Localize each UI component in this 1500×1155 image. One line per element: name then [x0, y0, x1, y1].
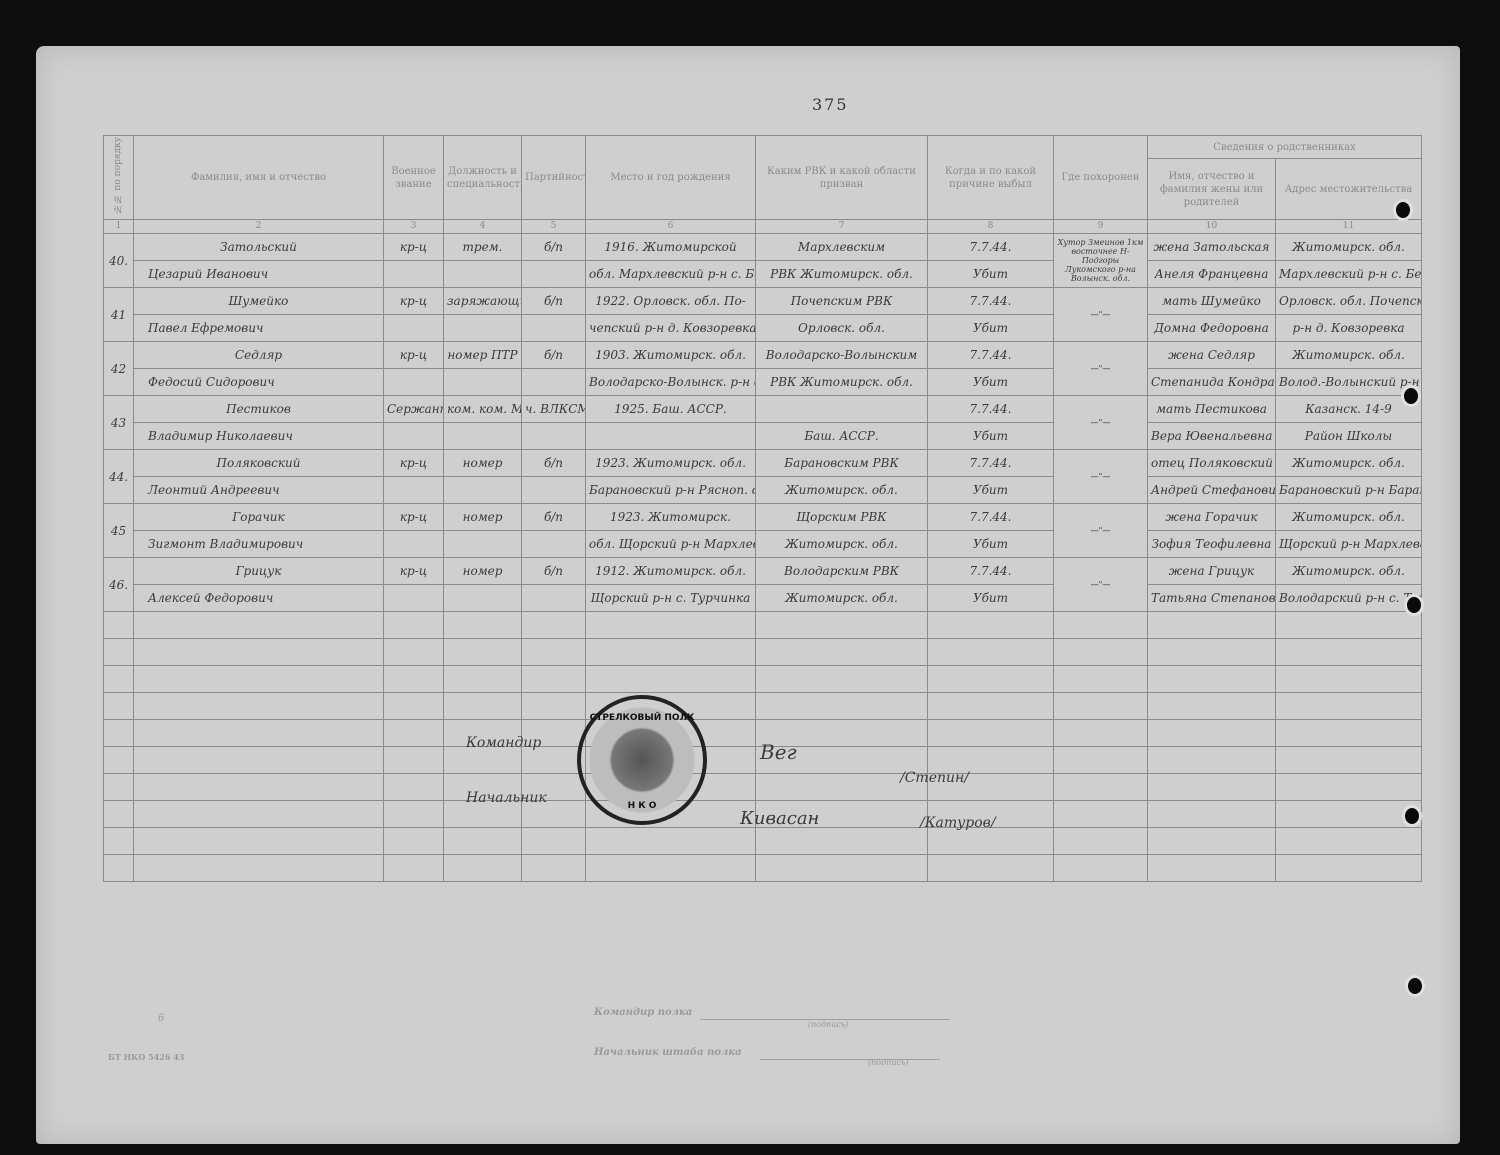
date: 7.7.44. [928, 288, 1054, 315]
col-num-2: 2 [134, 220, 384, 234]
chief-name: /Катуров/ [920, 815, 996, 831]
empty-cell [1054, 639, 1148, 666]
empty-cell [756, 855, 928, 882]
birth-line-1: 1912. Житомирск. обл. [586, 558, 756, 585]
name-patronymic: Зигмонт Владимирович [134, 531, 384, 558]
empty-cell [104, 801, 134, 828]
rank: Сержант [384, 396, 444, 423]
row-number: 40. [104, 234, 134, 288]
birth-line-1: 1903. Житомирск. обл. [586, 342, 756, 369]
footer-chief-line [760, 1059, 940, 1060]
col-num-9: 9 [1054, 220, 1148, 234]
empty-cell [104, 747, 134, 774]
header-position: Должность и специальность [444, 136, 522, 220]
empty-cell [1276, 612, 1422, 639]
chief-signature: Кивасан [740, 808, 819, 829]
position: номер ПТР [444, 342, 522, 369]
position-cont [444, 585, 522, 612]
relative-line-2: Вера Ювенальевна [1148, 423, 1276, 450]
empty-cell [134, 747, 384, 774]
burial: —"— [1054, 504, 1148, 558]
address-line-2: Мархлевский р-н с. Бехи [1276, 261, 1422, 288]
page-mark: 375 [812, 95, 849, 114]
table-row: 46.Грицуккр-цномерб/п1912. Житомирск. об… [104, 558, 1422, 585]
name-patronymic: Павел Ефремович [134, 315, 384, 342]
empty-cell [1276, 828, 1422, 855]
relative-line-1: жена Седляр [1148, 342, 1276, 369]
surname: Шумейко [134, 288, 384, 315]
empty-cell [1054, 693, 1148, 720]
empty-cell [104, 828, 134, 855]
name-patronymic: Федосий Сидорович [134, 369, 384, 396]
empty-cell [1276, 747, 1422, 774]
position-cont [444, 423, 522, 450]
footer-hint-2: (подпись) [868, 1058, 908, 1067]
empty-cell [1148, 801, 1276, 828]
table-row: 41Шумейкокр-цзаряжающийб/п1922. Орловск.… [104, 288, 1422, 315]
address-line-1: Житомирск. обл. [1276, 504, 1422, 531]
col-num-8: 8 [928, 220, 1054, 234]
empty-cell [1054, 720, 1148, 747]
empty-cell [1276, 774, 1422, 801]
rvk-line-2: РВК Житомирск. обл. [756, 261, 928, 288]
position: ком. ком. МВ. [444, 396, 522, 423]
empty-cell [756, 666, 928, 693]
date: 7.7.44. [928, 234, 1054, 261]
empty-row [104, 612, 1422, 639]
empty-cell [586, 828, 756, 855]
header-birth: Место и год рождения [586, 136, 756, 220]
rank-cont [384, 315, 444, 342]
empty-cell [384, 720, 444, 747]
relative-line-1: жена Затольская [1148, 234, 1276, 261]
empty-cell [1276, 693, 1422, 720]
party: б/п [522, 450, 586, 477]
empty-cell [1148, 693, 1276, 720]
empty-cell [134, 828, 384, 855]
position: номер [444, 504, 522, 531]
empty-cell [384, 747, 444, 774]
address-line-2: р-н д. Ковзоревка [1276, 315, 1422, 342]
empty-cell [928, 720, 1054, 747]
date: 7.7.44. [928, 342, 1054, 369]
row-number: 46. [104, 558, 134, 612]
birth-line-1: 1916. Житомирской [586, 234, 756, 261]
party-cont [522, 261, 586, 288]
punch-hole [1404, 388, 1418, 404]
empty-cell [134, 855, 384, 882]
empty-cell [384, 828, 444, 855]
rank: кр-ц [384, 450, 444, 477]
empty-cell [756, 828, 928, 855]
address-line-1: Житомирск. обл. [1276, 558, 1422, 585]
empty-cell [1054, 612, 1148, 639]
header-when-why: Когда и по какой причине выбыл [928, 136, 1054, 220]
empty-cell [1054, 747, 1148, 774]
party-cont [522, 477, 586, 504]
rvk-line-1: Щорским РВК [756, 504, 928, 531]
empty-cell [1276, 639, 1422, 666]
commander-name: /Степин/ [900, 770, 969, 786]
address-line-2: Барановский р-н Барановский с/с [1276, 477, 1422, 504]
table-row: 40.Затольскийкр-цтрем.б/п1916. Житомирск… [104, 234, 1422, 261]
footer-commander-label: Командир полка [594, 1007, 692, 1018]
chief-label: Начальник [466, 790, 547, 806]
party-cont [522, 585, 586, 612]
header-relatives-group: Сведения о родственниках [1148, 136, 1422, 159]
empty-cell [1054, 774, 1148, 801]
empty-cell [384, 666, 444, 693]
table-row-continuation: Алексей ФедоровичЩорский р-н с. Турчинка… [104, 585, 1422, 612]
relative-line-2: Степанида Кондратьевна [1148, 369, 1276, 396]
row-number: 44. [104, 450, 134, 504]
col-num-5: 5 [522, 220, 586, 234]
rvk-line-1: Володарским РВК [756, 558, 928, 585]
header-rvk: Каким РВК и какой области призван [756, 136, 928, 220]
name-patronymic: Цезарий Иванович [134, 261, 384, 288]
relative-line-2: Татьяна Степановна [1148, 585, 1276, 612]
empty-cell [134, 693, 384, 720]
col-num-3: 3 [384, 220, 444, 234]
empty-cell [134, 612, 384, 639]
empty-cell [522, 855, 586, 882]
address-line-2: Волод.-Волынский р-н с. Рожина [1276, 369, 1422, 396]
empty-cell [1054, 801, 1148, 828]
rvk-line-1: Барановским РВК [756, 450, 928, 477]
empty-cell [134, 801, 384, 828]
row-number: 42 [104, 342, 134, 396]
empty-cell [756, 693, 928, 720]
empty-cell [928, 855, 1054, 882]
empty-cell [1148, 612, 1276, 639]
empty-cell [384, 774, 444, 801]
empty-cell [928, 666, 1054, 693]
empty-cell [444, 639, 522, 666]
empty-cell [756, 612, 928, 639]
row-number: 43 [104, 396, 134, 450]
empty-cell [522, 828, 586, 855]
rank-cont [384, 477, 444, 504]
relative-line-2: Андрей Стефанович [1148, 477, 1276, 504]
address-line-1: Житомирск. обл. [1276, 234, 1422, 261]
birth-line-2: чепский р-н д. Ковзоревка [586, 315, 756, 342]
empty-cell [1148, 828, 1276, 855]
reason: Убит [928, 315, 1054, 342]
empty-cell [1276, 720, 1422, 747]
address-line-2: Район Школы [1276, 423, 1422, 450]
empty-cell [444, 693, 522, 720]
empty-cell [586, 639, 756, 666]
regiment-stamp: СТРЕЛКОВЫЙ ПОЛК Н К О [577, 695, 707, 825]
party: б/п [522, 504, 586, 531]
position-cont [444, 315, 522, 342]
party: ч. ВЛКСМ [522, 396, 586, 423]
col-num-1: 1 [104, 220, 134, 234]
rvk-line-1: Володарско-Волынским [756, 342, 928, 369]
col-num-6: 6 [586, 220, 756, 234]
empty-cell [104, 612, 134, 639]
party: б/п [522, 558, 586, 585]
reason: Убит [928, 423, 1054, 450]
table-row: 42Седляркр-цномер ПТРб/п1903. Житомирск.… [104, 342, 1422, 369]
empty-cell [134, 666, 384, 693]
punch-hole [1396, 202, 1410, 218]
relative-line-2: Зофия Теофилевна [1148, 531, 1276, 558]
empty-cell [1148, 639, 1276, 666]
table-row-continuation: Цезарий Ивановичобл. Мархлевский р-н с. … [104, 261, 1422, 288]
empty-cell [1054, 666, 1148, 693]
empty-cell [586, 666, 756, 693]
empty-cell [384, 612, 444, 639]
empty-cell [104, 666, 134, 693]
table-row-continuation: Павел Ефремовиччепский р-н д. Ковзоревка… [104, 315, 1422, 342]
header-burial: Где похоронен [1054, 136, 1148, 220]
table-row-continuation: Федосий СидоровичВолодарско-Волынск. р-н… [104, 369, 1422, 396]
corner-mark: 6 [158, 1013, 164, 1024]
date: 7.7.44. [928, 558, 1054, 585]
name-patronymic: Владимир Николаевич [134, 423, 384, 450]
rank: кр-ц [384, 234, 444, 261]
empty-cell [1054, 828, 1148, 855]
party: б/п [522, 234, 586, 261]
birth-line-2 [586, 423, 756, 450]
party: б/п [522, 288, 586, 315]
punch-hole [1408, 978, 1422, 994]
burial: —"— [1054, 450, 1148, 504]
rank: кр-ц [384, 342, 444, 369]
reason: Убит [928, 261, 1054, 288]
rank-cont [384, 261, 444, 288]
empty-cell [104, 720, 134, 747]
empty-cell [384, 855, 444, 882]
commander-signature: Вег [760, 740, 797, 764]
header-relative-name: Имя, отчество и фамилия жены или родител… [1148, 159, 1276, 220]
position-cont [444, 531, 522, 558]
empty-cell [444, 666, 522, 693]
relative-line-1: жена Грицук [1148, 558, 1276, 585]
party: б/п [522, 342, 586, 369]
col-num-10: 10 [1148, 220, 1276, 234]
rank: кр-ц [384, 558, 444, 585]
empty-cell [1276, 855, 1422, 882]
row-number: 41 [104, 288, 134, 342]
rvk-line-1 [756, 396, 928, 423]
reason: Убит [928, 585, 1054, 612]
position-cont [444, 369, 522, 396]
col-num-11: 11 [1276, 220, 1422, 234]
position-cont [444, 477, 522, 504]
empty-cell [1148, 666, 1276, 693]
rank-cont [384, 423, 444, 450]
empty-cell [1148, 774, 1276, 801]
empty-cell [1148, 720, 1276, 747]
empty-cell [104, 639, 134, 666]
position-cont [444, 261, 522, 288]
empty-cell [756, 639, 928, 666]
birth-line-2: обл. Щорский р-н Мархлевский с/с [586, 531, 756, 558]
header-number: №№ по порядку [104, 136, 134, 220]
empty-cell [928, 693, 1054, 720]
birth-line-1: 1923. Житомирск. обл. [586, 450, 756, 477]
empty-cell [928, 639, 1054, 666]
empty-row [104, 639, 1422, 666]
surname: Горачик [134, 504, 384, 531]
burial: Хутор Змеинов 1км восточнее Н-Подгоры Лу… [1054, 234, 1148, 288]
position: трем. [444, 234, 522, 261]
rvk-line-2: РВК Житомирск. обл. [756, 369, 928, 396]
birth-line-2: Барановский р-н Рясноп. с/с [586, 477, 756, 504]
empty-cell [134, 639, 384, 666]
empty-cell [1276, 801, 1422, 828]
rvk-line-2: Орловск. обл. [756, 315, 928, 342]
empty-row [104, 828, 1422, 855]
col-num-4: 4 [444, 220, 522, 234]
rvk-line-2: Житомирск. обл. [756, 585, 928, 612]
header-party: Партийность [522, 136, 586, 220]
empty-cell [928, 828, 1054, 855]
empty-cell [1148, 747, 1276, 774]
commander-label: Командир [466, 735, 541, 751]
header-name: Фамилия, имя и отчество [134, 136, 384, 220]
empty-cell [1276, 666, 1422, 693]
rvk-line-1: Почепским РВК [756, 288, 928, 315]
reason: Убит [928, 369, 1054, 396]
empty-cell [384, 693, 444, 720]
party-cont [522, 531, 586, 558]
position: номер [444, 558, 522, 585]
party-cont [522, 315, 586, 342]
empty-cell [384, 639, 444, 666]
surname: Пестиков [134, 396, 384, 423]
address-line-1: Житомирск. обл. [1276, 450, 1422, 477]
rank: кр-ц [384, 504, 444, 531]
rank: кр-ц [384, 288, 444, 315]
empty-cell [1148, 855, 1276, 882]
punch-hole [1407, 597, 1421, 613]
rank-cont [384, 531, 444, 558]
header-rank: Военное звание [384, 136, 444, 220]
empty-cell [522, 693, 586, 720]
reason: Убит [928, 477, 1054, 504]
name-patronymic: Алексей Федорович [134, 585, 384, 612]
rvk-line-2: Житомирск. обл. [756, 477, 928, 504]
birth-line-2: обл. Мархлевский р-н с. Бехи [586, 261, 756, 288]
address-line-1: Житомирск. обл. [1276, 342, 1422, 369]
col-num-7: 7 [756, 220, 928, 234]
surname: Поляковский [134, 450, 384, 477]
party-cont [522, 423, 586, 450]
birth-line-1: 1923. Житомирск. [586, 504, 756, 531]
rvk-line-2: Житомирск. обл. [756, 531, 928, 558]
relative-line-1: отец Поляковский [1148, 450, 1276, 477]
empty-cell [586, 612, 756, 639]
birth-line-2: Щорский р-н с. Турчинка [586, 585, 756, 612]
date: 7.7.44. [928, 504, 1054, 531]
burial: —"— [1054, 558, 1148, 612]
rvk-line-1: Мархлевским [756, 234, 928, 261]
empty-cell [586, 855, 756, 882]
empty-cell [522, 639, 586, 666]
table-row: 43ПестиковСержантком. ком. МВ.ч. ВЛКСМ19… [104, 396, 1422, 423]
empty-cell [444, 612, 522, 639]
position: заряжающий [444, 288, 522, 315]
name-patronymic: Леонтий Андреевич [134, 477, 384, 504]
table-row: 45Горачиккр-цномерб/п1923. Житомирск.Щор… [104, 504, 1422, 531]
empty-cell [444, 828, 522, 855]
empty-row [104, 693, 1422, 720]
empty-cell [104, 855, 134, 882]
empty-cell [928, 612, 1054, 639]
table-row-continuation: Зигмонт Владимировичобл. Щорский р-н Мар… [104, 531, 1422, 558]
punch-hole [1405, 808, 1419, 824]
surname: Седляр [134, 342, 384, 369]
address-line-1: Казанск. 14-9 [1276, 396, 1422, 423]
row-number: 45 [104, 504, 134, 558]
birth-line-1: 1925. Баш. АССР. [586, 396, 756, 423]
burial: —"— [1054, 288, 1148, 342]
footer-chief-label: Начальник штаба полка [594, 1047, 742, 1058]
empty-row [104, 774, 1422, 801]
rvk-line-2: Баш. АССР. [756, 423, 928, 450]
empty-row [104, 855, 1422, 882]
burial: —"— [1054, 396, 1148, 450]
address-line-2: Щорский р-н Мархлевский с/с [1276, 531, 1422, 558]
empty-cell [522, 612, 586, 639]
date: 7.7.44. [928, 396, 1054, 423]
relative-line-1: мать Шумейко [1148, 288, 1276, 315]
footer-hint-1: (подпись) [808, 1020, 848, 1029]
table-row: 44.Поляковскийкр-цномерб/п1923. Житомирс… [104, 450, 1422, 477]
empty-cell [104, 774, 134, 801]
empty-cell [1054, 855, 1148, 882]
birth-line-2: Володарско-Волынск. р-н с. Рожина [586, 369, 756, 396]
table-row-continuation: Владимир НиколаевичБаш. АССР.УбитВера Юв… [104, 423, 1422, 450]
form-code: БТ НКО 5426 43 [108, 1052, 184, 1062]
empty-cell [384, 801, 444, 828]
address-line-2: Володарский р-н с. Турчинка [1276, 585, 1422, 612]
empty-cell [522, 666, 586, 693]
empty-cell [444, 855, 522, 882]
table-body: 40.Затольскийкр-цтрем.б/п1916. Житомирск… [104, 234, 1422, 882]
address-line-1: Орловск. обл. Почепский [1276, 288, 1422, 315]
reason: Убит [928, 531, 1054, 558]
empty-cell [104, 693, 134, 720]
date: 7.7.44. [928, 450, 1054, 477]
relative-line-1: жена Горачик [1148, 504, 1276, 531]
table-row-continuation: Леонтий АндреевичБарановский р-н Рясноп.… [104, 477, 1422, 504]
surname: Затольский [134, 234, 384, 261]
birth-line-1: 1922. Орловск. обл. По- [586, 288, 756, 315]
empty-cell [134, 774, 384, 801]
rank-cont [384, 585, 444, 612]
burial: —"— [1054, 342, 1148, 396]
casualty-table: №№ по порядку Фамилия, имя и отчество Во… [103, 135, 1422, 882]
position: номер [444, 450, 522, 477]
party-cont [522, 369, 586, 396]
empty-row [104, 666, 1422, 693]
empty-cell [134, 720, 384, 747]
relative-line-2: Домна Федоровна [1148, 315, 1276, 342]
rank-cont [384, 369, 444, 396]
relative-line-1: мать Пестикова [1148, 396, 1276, 423]
relative-line-2: Анеля Францевна [1148, 261, 1276, 288]
surname: Грицук [134, 558, 384, 585]
